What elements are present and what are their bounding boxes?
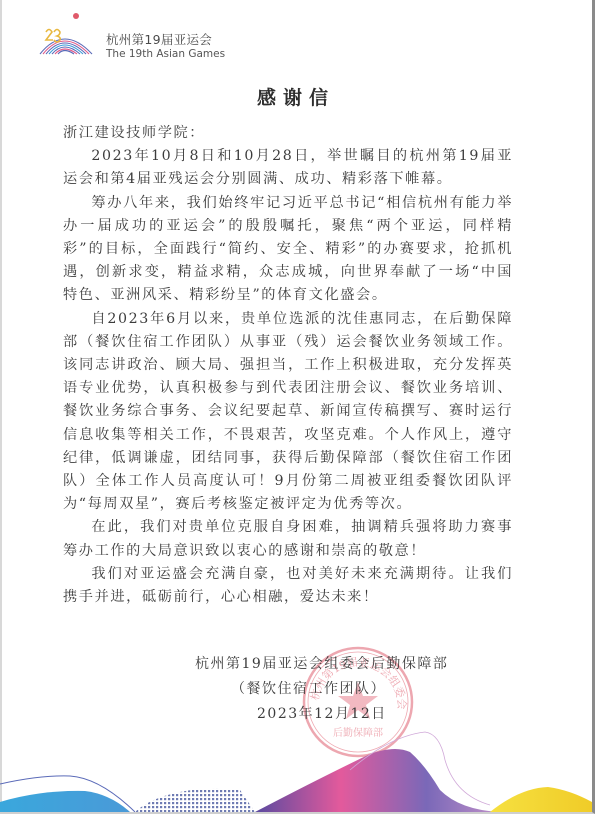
logo-english-text: The 19th Asian Games <box>106 48 225 60</box>
letter-title: 感谢信 <box>0 83 592 110</box>
paragraph-closing-ceremony: 2023年10月8日和10月28日，举世瞩目的杭州第19届亚运会和第4届亚残运会… <box>63 145 513 191</box>
letter-page: 杭州第19届亚运会 The 19th Asian Games 感谢信 浙江建设技… <box>0 0 595 814</box>
hangzhou-asian-games-emblem-icon <box>34 10 98 60</box>
paragraph-gratitude: 在此，我们对贵单位克服自身困难，抽调精兵强将助力赛事筹办工作的大局意识致以衷心的… <box>63 516 513 562</box>
paragraph-future: 我们对亚运盛会充满自豪，也对美好未来充满期待。让我们携手并进，砥砺前行，心心相融… <box>63 563 513 609</box>
logo-chinese-text: 杭州第19届亚运会 <box>106 30 212 48</box>
paragraph-preparation: 筹办八年来，我们始终牢记习近平总书记“相信杭州有能力举办一届成功的亚运会”的殷殷… <box>63 192 513 308</box>
letter-body: 浙江建设技师学院： 2023年10月8日和10月28日，举世瞩目的杭州第19届亚… <box>63 122 513 609</box>
decorative-wave-footer <box>0 690 592 812</box>
signature-department: 杭州第19届亚运会组委会后勤保障部 <box>195 652 455 677</box>
paragraph-volunteer-work: 自2023年6月以来，贵单位选派的沈佳惠同志，在后勤保障部（餐饮住宿工作团队）从… <box>63 308 513 517</box>
salutation: 浙江建设技师学院： <box>63 122 513 145</box>
asian-games-logo: 杭州第19届亚运会 The 19th Asian Games <box>34 10 234 65</box>
